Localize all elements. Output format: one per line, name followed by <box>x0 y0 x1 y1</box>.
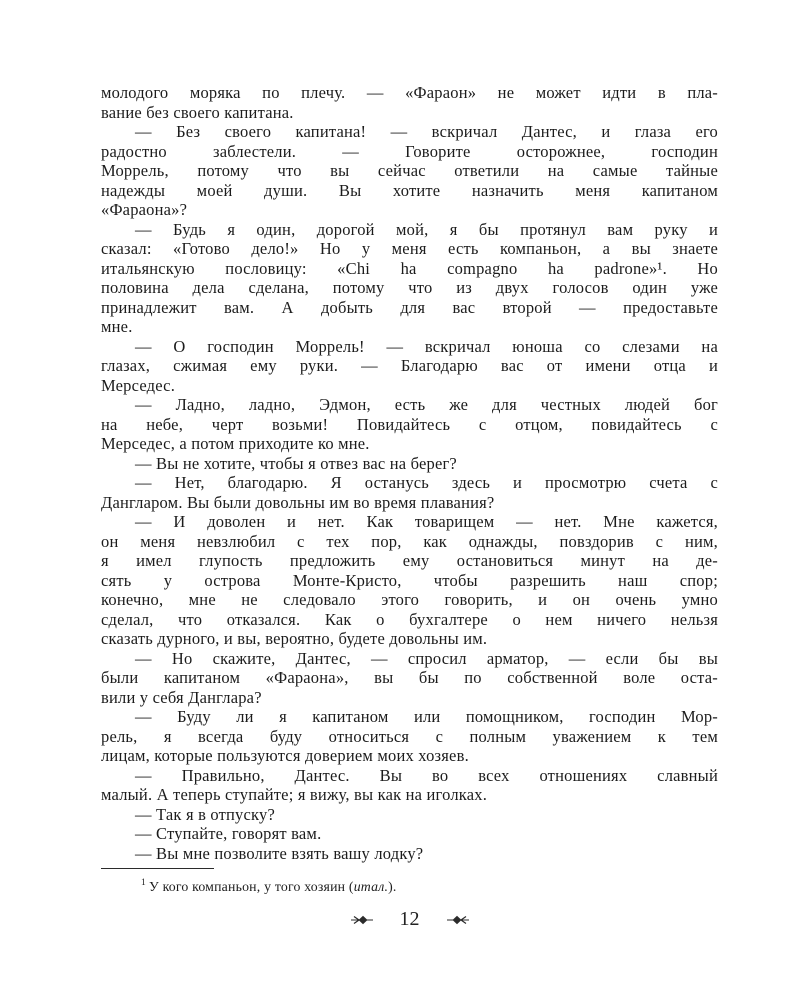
text-line: рель, я всегда буду относиться с полным … <box>101 727 718 747</box>
text-line: вили у себя Данглара? <box>101 688 718 708</box>
text-line: — Вы мне позволите взять вашу лодку? <box>101 844 718 864</box>
text-line: сказал: «Готово дело!» Но у меня есть ко… <box>101 239 718 259</box>
text-line: «Фараона»? <box>101 200 718 220</box>
text-line: надежды моей души. Вы хотите назначить м… <box>101 181 718 201</box>
text-line: — И доволен и нет. Как товарищем — нет. … <box>101 512 718 532</box>
page-footer: 12 <box>101 907 718 931</box>
text-line: — Будь я один, дорогой мой, я бы протяну… <box>101 220 718 240</box>
fleuron-left-icon <box>350 913 374 925</box>
text-line: вание без своего капитана. <box>101 103 718 123</box>
text-line: Дангларом. Вы были довольны им во время … <box>101 493 718 513</box>
text-line: мне. <box>101 317 718 337</box>
text-line: Мерседес. <box>101 376 718 396</box>
text-line: лицам, которые пользуются доверием моих … <box>101 746 718 766</box>
text-line: сять у острова Монте-Кристо, чтобы разре… <box>101 571 718 591</box>
text-line: на небе, черт возьми! Повидайтесь с отцо… <box>101 415 718 435</box>
text-line: — Так я в отпуску? <box>101 805 718 825</box>
text-line: — Правильно, Дантес. Вы во всех отношени… <box>101 766 718 786</box>
footnote: 1У кого компаньон, у того хозяин (итал.)… <box>101 878 718 895</box>
text-line: принадлежит вам. А добыть для вас второй… <box>101 298 718 318</box>
text-line: — Вы не хотите, чтобы я отвез вас на бер… <box>101 454 718 474</box>
text-line: — О господин Моррель! — вскричал юноша с… <box>101 337 718 357</box>
text-line: он меня невзлюбил с тех пор, как однажды… <box>101 532 718 552</box>
text-line: сделал, что отказался. Как о бухгалтере … <box>101 610 718 630</box>
footnote-text: У кого компаньон, у того хозяин ( <box>149 879 354 894</box>
book-page: молодого моряка по плечу. — «Фараон» не … <box>0 0 800 1000</box>
text-line: — Без своего капитана! — вскричал Дантес… <box>101 122 718 142</box>
text-line: — Ступайте, говорят вам. <box>101 824 718 844</box>
footnote-language-label: итал. <box>354 879 388 894</box>
footnote-marker: 1 <box>141 878 146 888</box>
page-text: молодого моряка по плечу. — «Фараон» не … <box>101 83 718 863</box>
text-line: глазах, сжимая ему руки. — Благодарю вас… <box>101 356 718 376</box>
text-line: — Буду ли я капитаном или помощником, го… <box>101 707 718 727</box>
text-line: — Нет, благодарю. Я останусь здесь и про… <box>101 473 718 493</box>
fleuron-right-icon <box>446 913 470 925</box>
text-line: сказать дурного, и вы, вероятно, будете … <box>101 629 718 649</box>
text-line: молодого моряка по плечу. — «Фараон» не … <box>101 83 718 103</box>
text-line: Мерседес, а потом приходите ко мне. <box>101 434 718 454</box>
text-line: были капитаном «Фараона», вы бы по собст… <box>101 668 718 688</box>
footnote-divider <box>101 868 214 869</box>
text-line: — Ладно, ладно, Эдмон, есть же для честн… <box>101 395 718 415</box>
page-body: молодого моряка по плечу. — «Фараон» не … <box>101 83 718 895</box>
footnote-text-end: ). <box>388 879 396 894</box>
page-number: 12 <box>400 907 420 931</box>
text-line: Моррель, потому что вы сейчас ответили н… <box>101 161 718 181</box>
text-line: я имел глупость предложить ему остановит… <box>101 551 718 571</box>
text-line: радостно заблестели. — Говорите осторожн… <box>101 142 718 162</box>
text-line: конечно, мне не следовало этого говорить… <box>101 590 718 610</box>
text-line: — Но скажите, Дантес, — спросил арматор,… <box>101 649 718 669</box>
text-line: малый. А теперь ступайте; я вижу, вы как… <box>101 785 718 805</box>
text-line: половина дела сделана, потому что из дву… <box>101 278 718 298</box>
text-line: итальянскую пословицу: «Chi ha compagno … <box>101 259 718 279</box>
